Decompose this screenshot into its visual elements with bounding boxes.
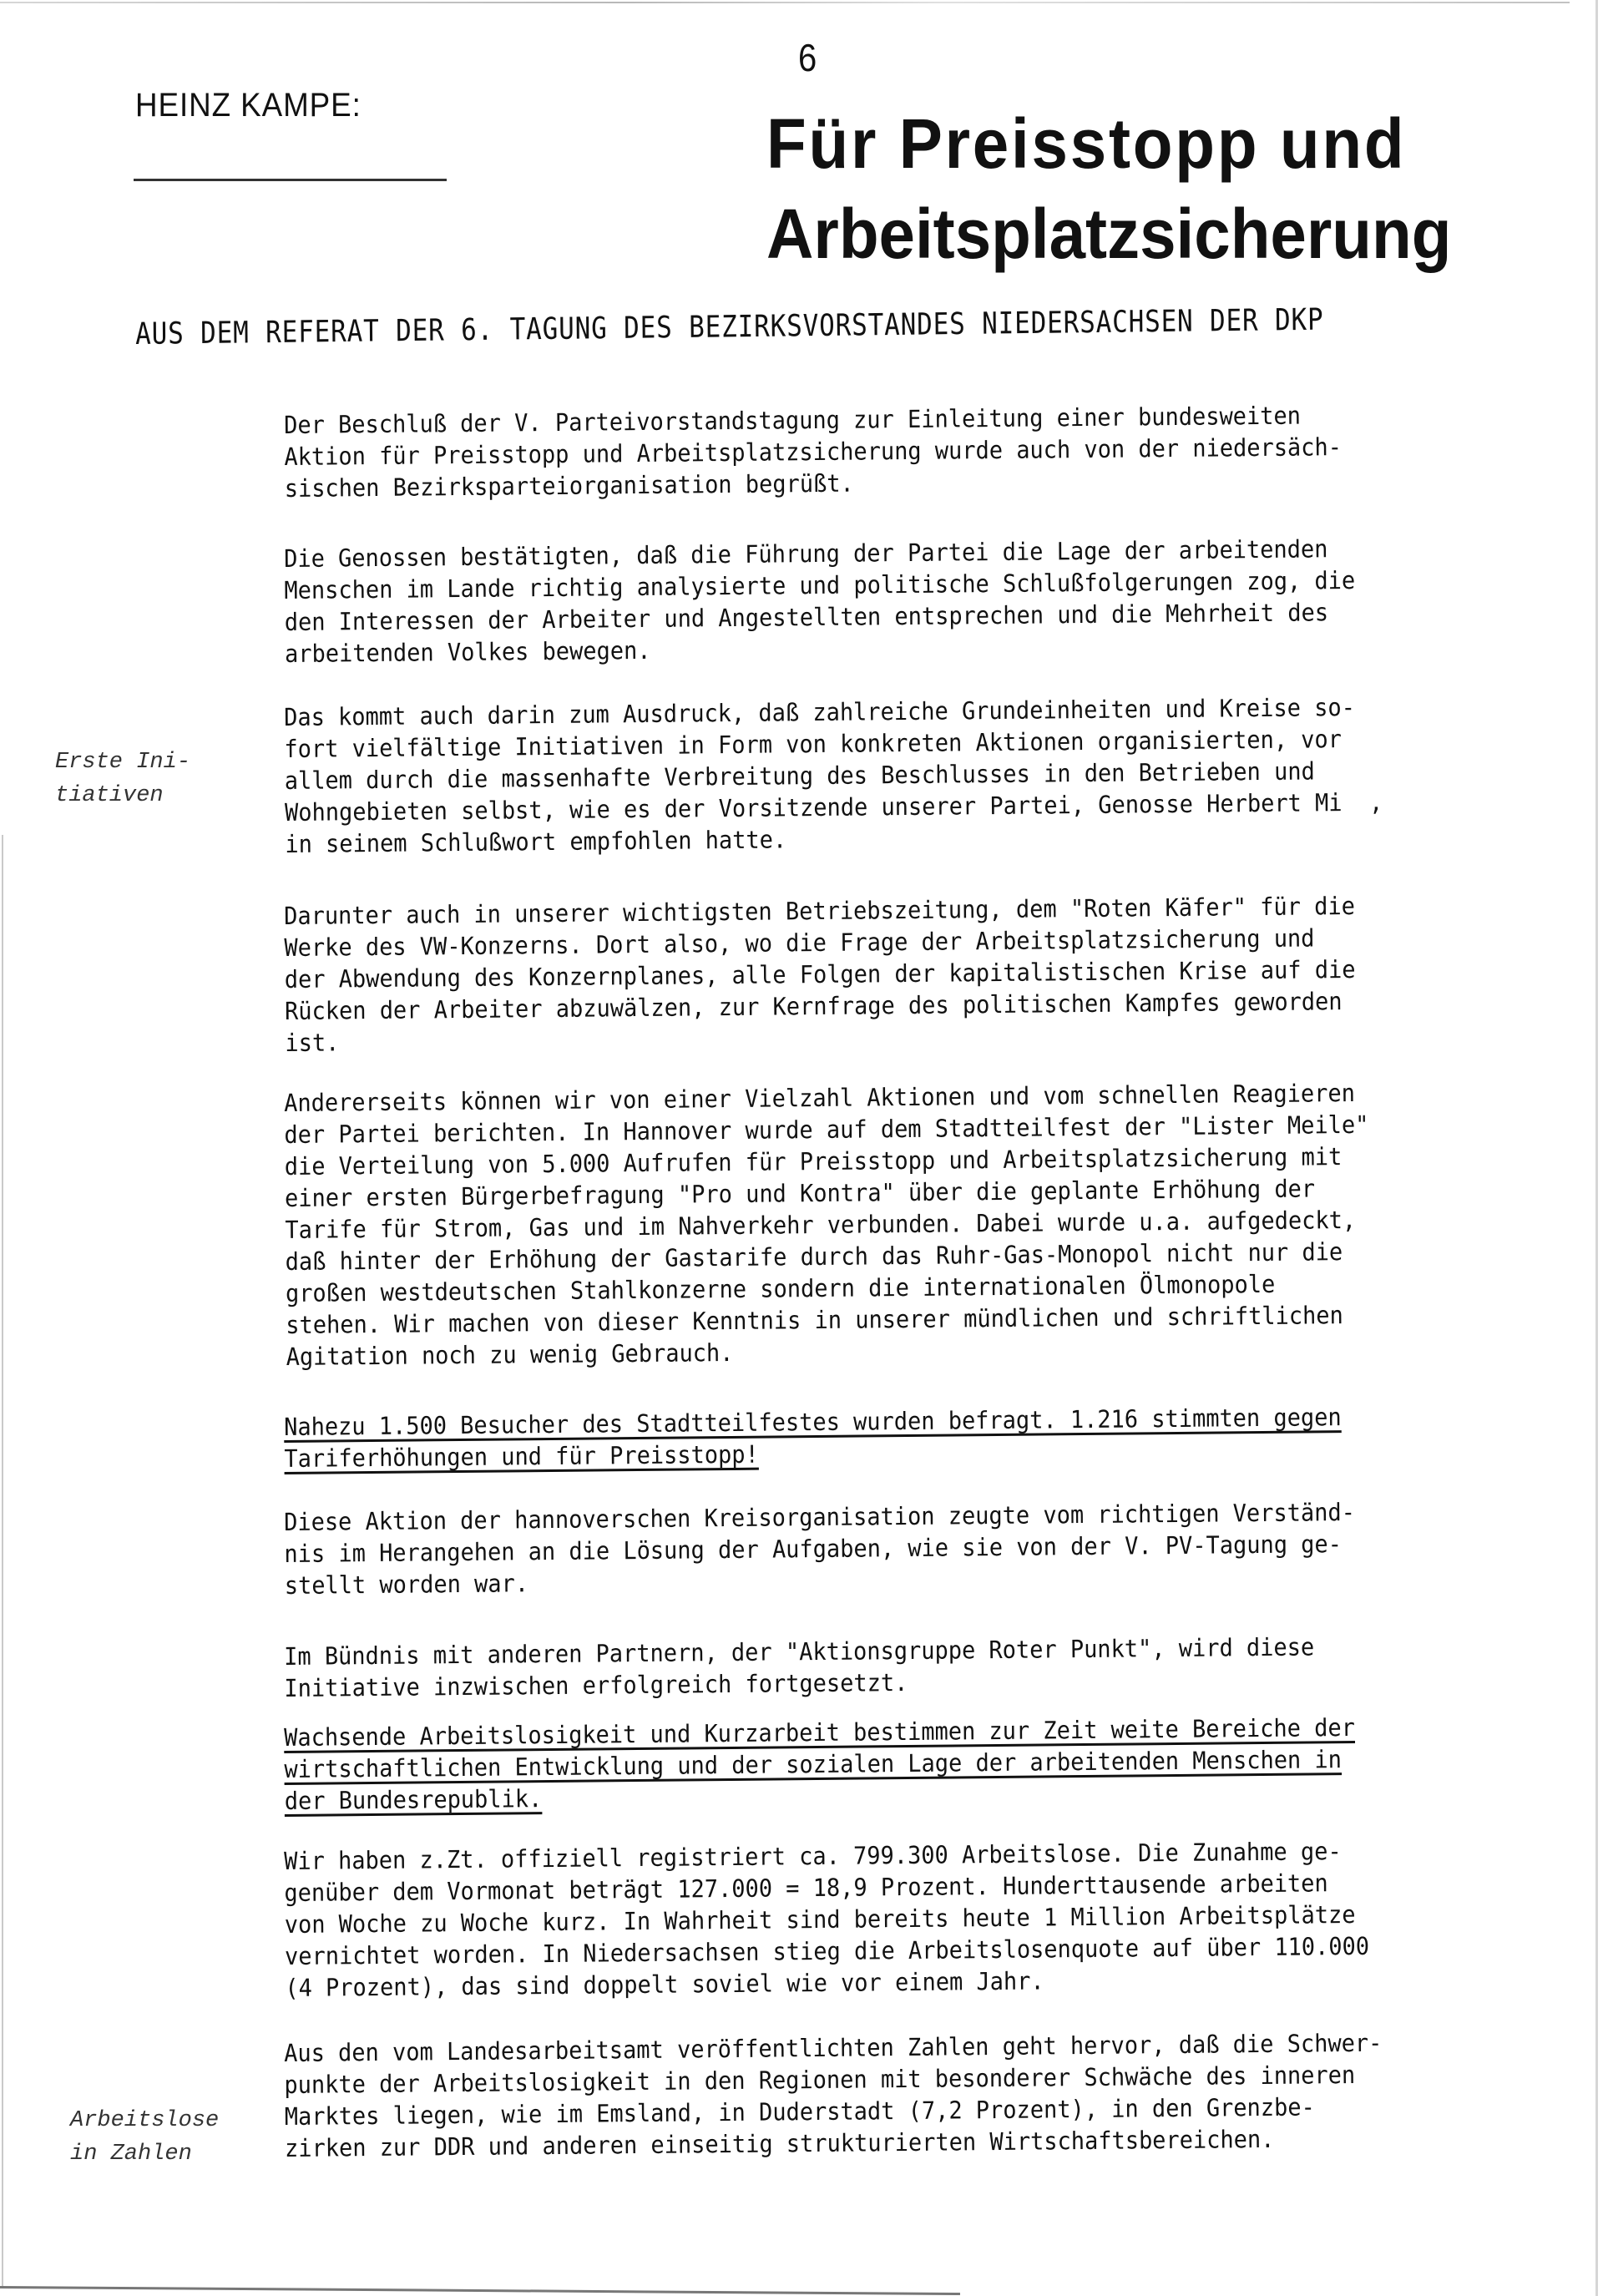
scan-edge-right [1595, 0, 1598, 2296]
paragraph: Andererseits können wir von einer Vielza… [284, 1077, 1371, 1373]
article-body: Der Beschluß der V. Parteivorstandstagun… [284, 0, 1586, 412]
paragraph: Die Genossen bestätigten, daß die Führun… [284, 533, 1356, 670]
paragraph: Das kommt auch darin zum Ausdruck, daß z… [284, 691, 1383, 860]
paragraph: Diese Aktion der hannoverschen Kreisorga… [284, 1496, 1356, 1601]
scan-edge-left [2, 835, 3, 2288]
paragraph: Wir haben z.Zt. offiziell registriert ca… [284, 1835, 1369, 2004]
paragraph: Im Bündnis mit anderen Partnern, der "Ak… [284, 1631, 1315, 1704]
paragraph-underlined: Wachsende Arbeitslosigkeit und Kurzarbei… [284, 1712, 1356, 1817]
document-page: 6 HEINZ KAMPE: Für Preisstopp und Arbeit… [0, 0, 1603, 2296]
paragraph-underlined: Nahezu 1.500 Besucher des Stadtteilfeste… [284, 1401, 1342, 1474]
paragraph: Der Beschluß der V. Parteivorstandstagun… [284, 399, 1342, 504]
paragraph: Darunter auch in unserer wichtigsten Bet… [284, 890, 1356, 1059]
paragraph: Aus den vom Landesarbeitsamt veröffentli… [284, 2027, 1383, 2164]
margin-note-erste-initiativen: Erste Ini- tiativen [55, 746, 190, 812]
margin-note-arbeitslose-in-zahlen: Arbeitslose in Zahlen [70, 2104, 219, 2171]
scan-edge-bottom [0, 2286, 960, 2295]
